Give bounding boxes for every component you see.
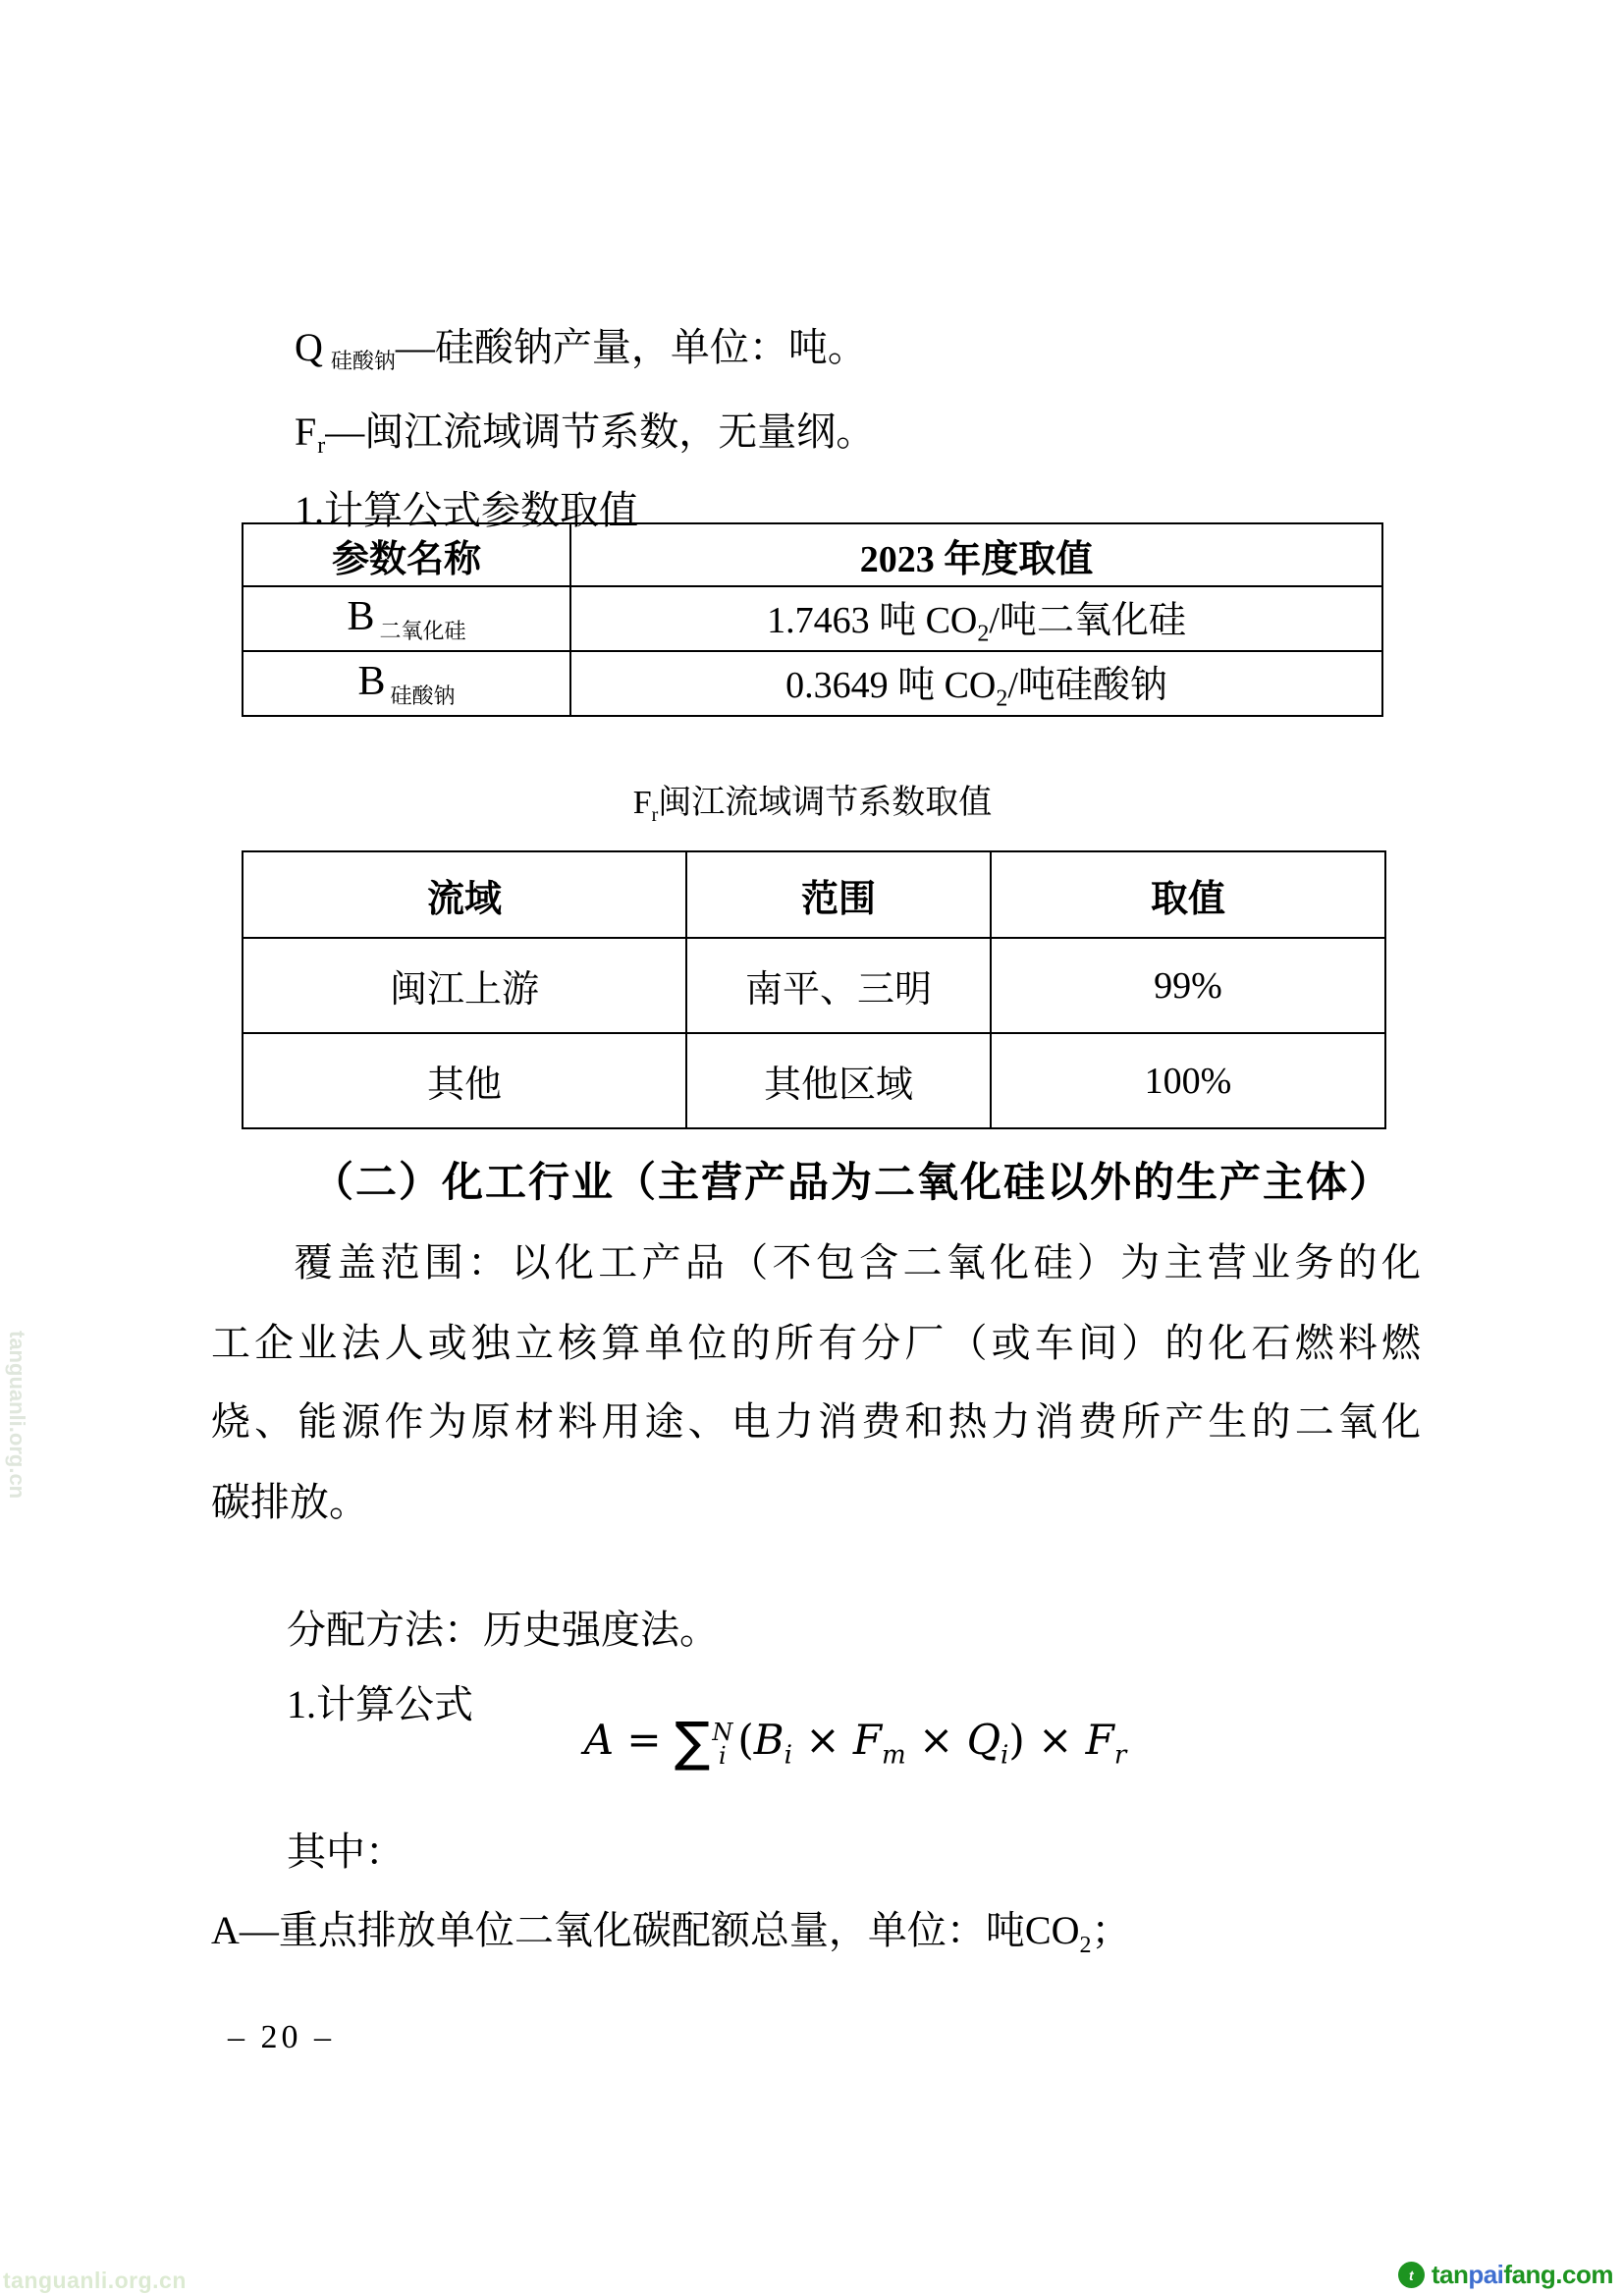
method-line: 分配方法：历史强度法。 <box>287 1607 719 1654</box>
a-definition-punct: ； <box>1091 1908 1130 1952</box>
corner-watermark: tanguanli.org.cn <box>3 2268 187 2294</box>
times-sign: × <box>1025 1716 1086 1764</box>
table1-cell-value: 0.3649 吨 CO2/吨硅酸钠 <box>570 651 1382 716</box>
table1-header-param: 参数名称 <box>243 523 570 586</box>
value-text: 0.3649 吨 CO <box>785 665 996 706</box>
table2-cell-range: 南平、三明 <box>686 938 991 1033</box>
table2-cell-value: 99% <box>991 938 1385 1033</box>
definition-line-q: Q硅酸钠—硅酸钠产量，单位：吨。 <box>295 324 867 374</box>
var-fr: F <box>1086 1716 1114 1764</box>
sigma-limits: Ni <box>712 1721 732 1768</box>
table-row: 参数名称 2023 年度取值 <box>243 523 1382 586</box>
table2-header-range: 范围 <box>686 851 991 938</box>
definition-q-text: —硅酸钠产量，单位：吨。 <box>396 325 867 369</box>
tanpaifang-logo-icon: t <box>1398 2262 1425 2288</box>
para-line-2: 工企业法人或独立核算单位的所有分厂（或车间）的化石燃料燃 <box>211 1320 1421 1367</box>
a-definition-text: A—重点排放单位二氧化碳配额总量，单位：吨CO <box>211 1908 1079 1952</box>
times-sign: × <box>792 1716 853 1764</box>
table2-cell-value: 100% <box>991 1033 1385 1128</box>
edge-watermark: tanguanli.org.cn <box>4 1331 29 1499</box>
para-line-1: 覆盖范围：以化工产品（不包含二氧化硅）为主营业务的化 <box>211 1239 1421 1286</box>
times-sign: × <box>906 1716 967 1764</box>
param-subscript: 硅酸钠 <box>391 683 456 708</box>
table2-cell-basin: 闽江上游 <box>243 938 686 1033</box>
document-page: Q硅酸钠—硅酸钠产量，单位：吨。 Fr—闽江流域调节系数，无量纲。 1.计算公式… <box>0 0 1623 2296</box>
para-line-4: 碳排放。 <box>211 1479 1421 1526</box>
sigma-upper-limit: N <box>712 1721 732 1744</box>
page-number: – 20 – <box>228 2019 335 2056</box>
table1-header-value: 2023 年度取值 <box>570 523 1382 586</box>
table2-header-basin: 流域 <box>243 851 686 938</box>
parameter-value-table: 参数名称 2023 年度取值 B二氧化硅 1.7463 吨 CO2/吨二氧化硅 … <box>242 522 1383 717</box>
table-row: B硅酸钠 0.3649 吨 CO2/吨硅酸钠 <box>243 651 1382 716</box>
formula-equals: = <box>614 1716 675 1764</box>
open-paren: ( <box>737 1716 753 1764</box>
var-q: Q <box>967 1716 1001 1764</box>
site-watermark: t tanpaifang.com <box>1398 2260 1613 2290</box>
co2-subscript: 2 <box>977 622 989 647</box>
sigma-operator: ∑ <box>675 1711 710 1773</box>
var-fr: F <box>295 410 316 454</box>
param-symbol: B <box>347 594 374 639</box>
definition-line-fr: Fr—闽江流域调节系数，无量纲。 <box>295 409 875 461</box>
close-paren: ) <box>1008 1716 1024 1764</box>
var-b-sub: i <box>784 1740 792 1770</box>
allocation-formula: A = ∑Ni(Bi × Fm × Qi) × Fr <box>250 1709 1460 1776</box>
method-text: 分配方法：历史强度法。 <box>287 1608 719 1652</box>
table-row: 其他 其他区域 100% <box>243 1033 1385 1128</box>
var-f: F <box>853 1716 882 1764</box>
table1-cell-param: B二氧化硅 <box>243 586 570 651</box>
table-row: 闽江上游 南平、三明 99% <box>243 938 1385 1033</box>
table2-cell-range: 其他区域 <box>686 1033 991 1128</box>
var-q: Q <box>295 325 323 369</box>
co2-subscript: 2 <box>996 686 1007 712</box>
sigma-lower-limit: i <box>712 1744 732 1768</box>
formula-lhs: A <box>584 1716 614 1764</box>
site-text-tan: tan <box>1432 2260 1469 2289</box>
var-b: B <box>754 1716 784 1764</box>
param-subscript: 二氧化硅 <box>380 619 466 643</box>
co2-subscript: 2 <box>1079 1933 1091 1958</box>
basin-factor-table: 流域 范围 取值 闽江上游 南平、三明 99% 其他 其他区域 100% <box>242 850 1386 1129</box>
table2-header-value: 取值 <box>991 851 1385 938</box>
var-f-sub: m <box>882 1740 906 1770</box>
value-unit-text: /吨二氧化硅 <box>989 600 1186 641</box>
site-text-pai: pai <box>1468 2260 1503 2289</box>
section2-heading: （二）化工行业（主营产品为二氧化硅以外的生产主体） <box>312 1159 1392 1208</box>
basin-table-caption: Fr闽江流域调节系数取值 <box>242 784 1383 827</box>
caption-text: 闽江流域调节系数取值 <box>658 785 992 821</box>
a-definition-line: A—重点排放单位二氧化碳配额总量，单位：吨CO2； <box>211 1907 1130 1960</box>
para-line-3: 烧、能源作为原材料用途、电力消费和热力消费所产生的二氧化 <box>211 1398 1421 1446</box>
param-symbol: B <box>357 659 385 704</box>
among-text: 其中： <box>287 1830 405 1874</box>
table1-cell-param: B硅酸钠 <box>243 651 570 716</box>
value-unit-text: /吨硅酸钠 <box>1007 665 1167 706</box>
table-row: 流域 范围 取值 <box>243 851 1385 938</box>
var-q-subscript: 硅酸钠 <box>331 349 396 373</box>
definition-fr-text: —闽江流域调节系数，无量纲。 <box>325 410 875 454</box>
value-text: 1.7463 吨 CO <box>767 600 977 641</box>
among-label: 其中： <box>287 1829 405 1876</box>
site-text-fang: fang.com <box>1503 2260 1613 2289</box>
var-fr-sub: r <box>1114 1740 1126 1770</box>
site-watermark-text: tanpaifang.com <box>1432 2260 1613 2290</box>
caption-var-f: F <box>633 785 652 821</box>
table-row: B二氧化硅 1.7463 吨 CO2/吨二氧化硅 <box>243 586 1382 651</box>
table1-cell-value: 1.7463 吨 CO2/吨二氧化硅 <box>570 586 1382 651</box>
table2-cell-basin: 其他 <box>243 1033 686 1128</box>
